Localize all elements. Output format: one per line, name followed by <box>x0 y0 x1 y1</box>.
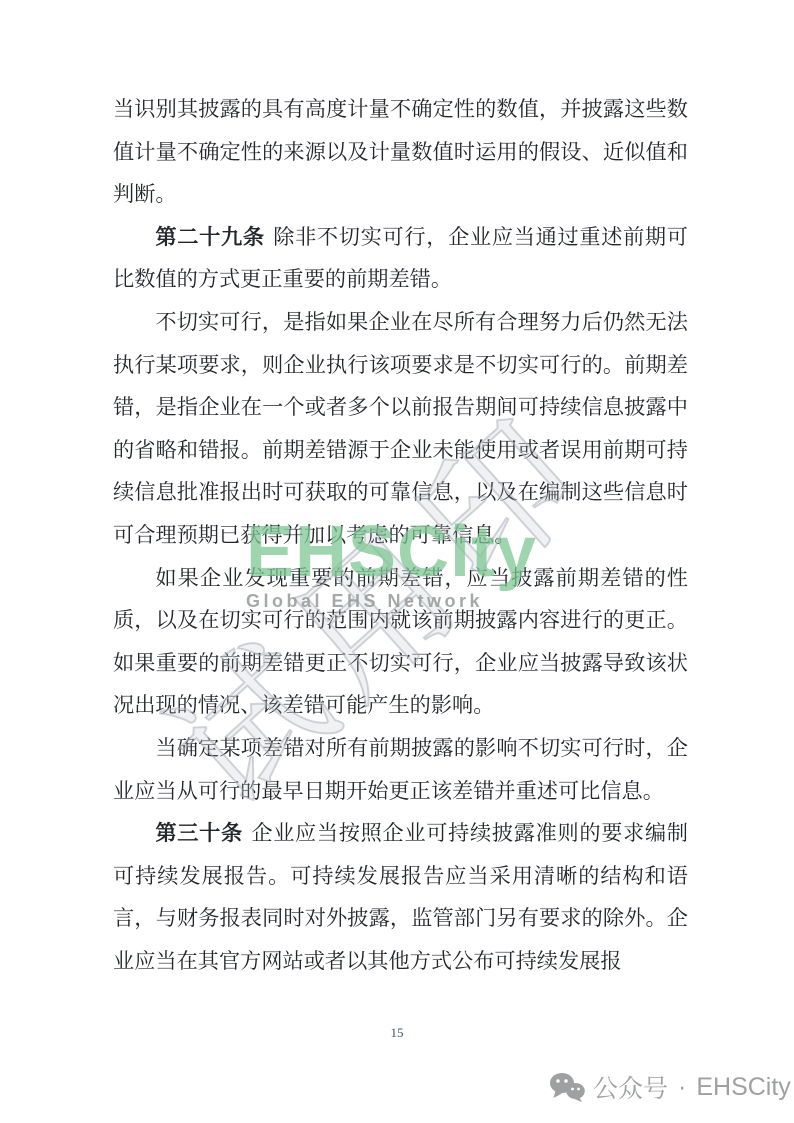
page-number: 15 <box>0 1025 794 1041</box>
footer: 公众号 · EHSCity <box>549 1070 791 1104</box>
article-number: 第三十条 <box>155 821 242 845</box>
wechat-icon <box>549 1072 585 1102</box>
footer-separator: · <box>678 1073 686 1102</box>
paragraph: 当识别其披露的具有高度计量不确定性的数值，并披露这些数值计量不确定性的来源以及计… <box>113 88 688 216</box>
paragraph: 当确定某项差错对所有前期披露的影响不切实可行时，企业应当从可行的最早日期开始更正… <box>113 727 688 812</box>
footer-label: 公众号 <box>593 1069 668 1105</box>
paragraph: 不切实可行，是指如果企业在尽所有合理努力后仍然无法执行某项要求，则企业执行该项要… <box>113 301 688 557</box>
paragraph: 第三十条企业应当按照企业可持续披露准则的要求编制可持续发展报告。可持续发展报告应… <box>113 812 688 982</box>
paragraph: 如果企业发现重要的前期差错，应当披露前期差错的性质，以及在切实可行的范围内就该前… <box>113 557 688 727</box>
footer-brand: EHSCity <box>696 1073 790 1102</box>
article-number: 第二十九条 <box>155 225 264 249</box>
paragraph: 第二十九条除非不切实可行，企业应当通过重述前期可比数值的方式更正重要的前期差错。 <box>113 216 688 301</box>
document-body: 当识别其披露的具有高度计量不确定性的数值，并披露这些数值计量不确定性的来源以及计… <box>113 88 688 982</box>
document-page: 当识别其披露的具有高度计量不确定性的数值，并披露这些数值计量不确定性的来源以及计… <box>0 0 794 1123</box>
